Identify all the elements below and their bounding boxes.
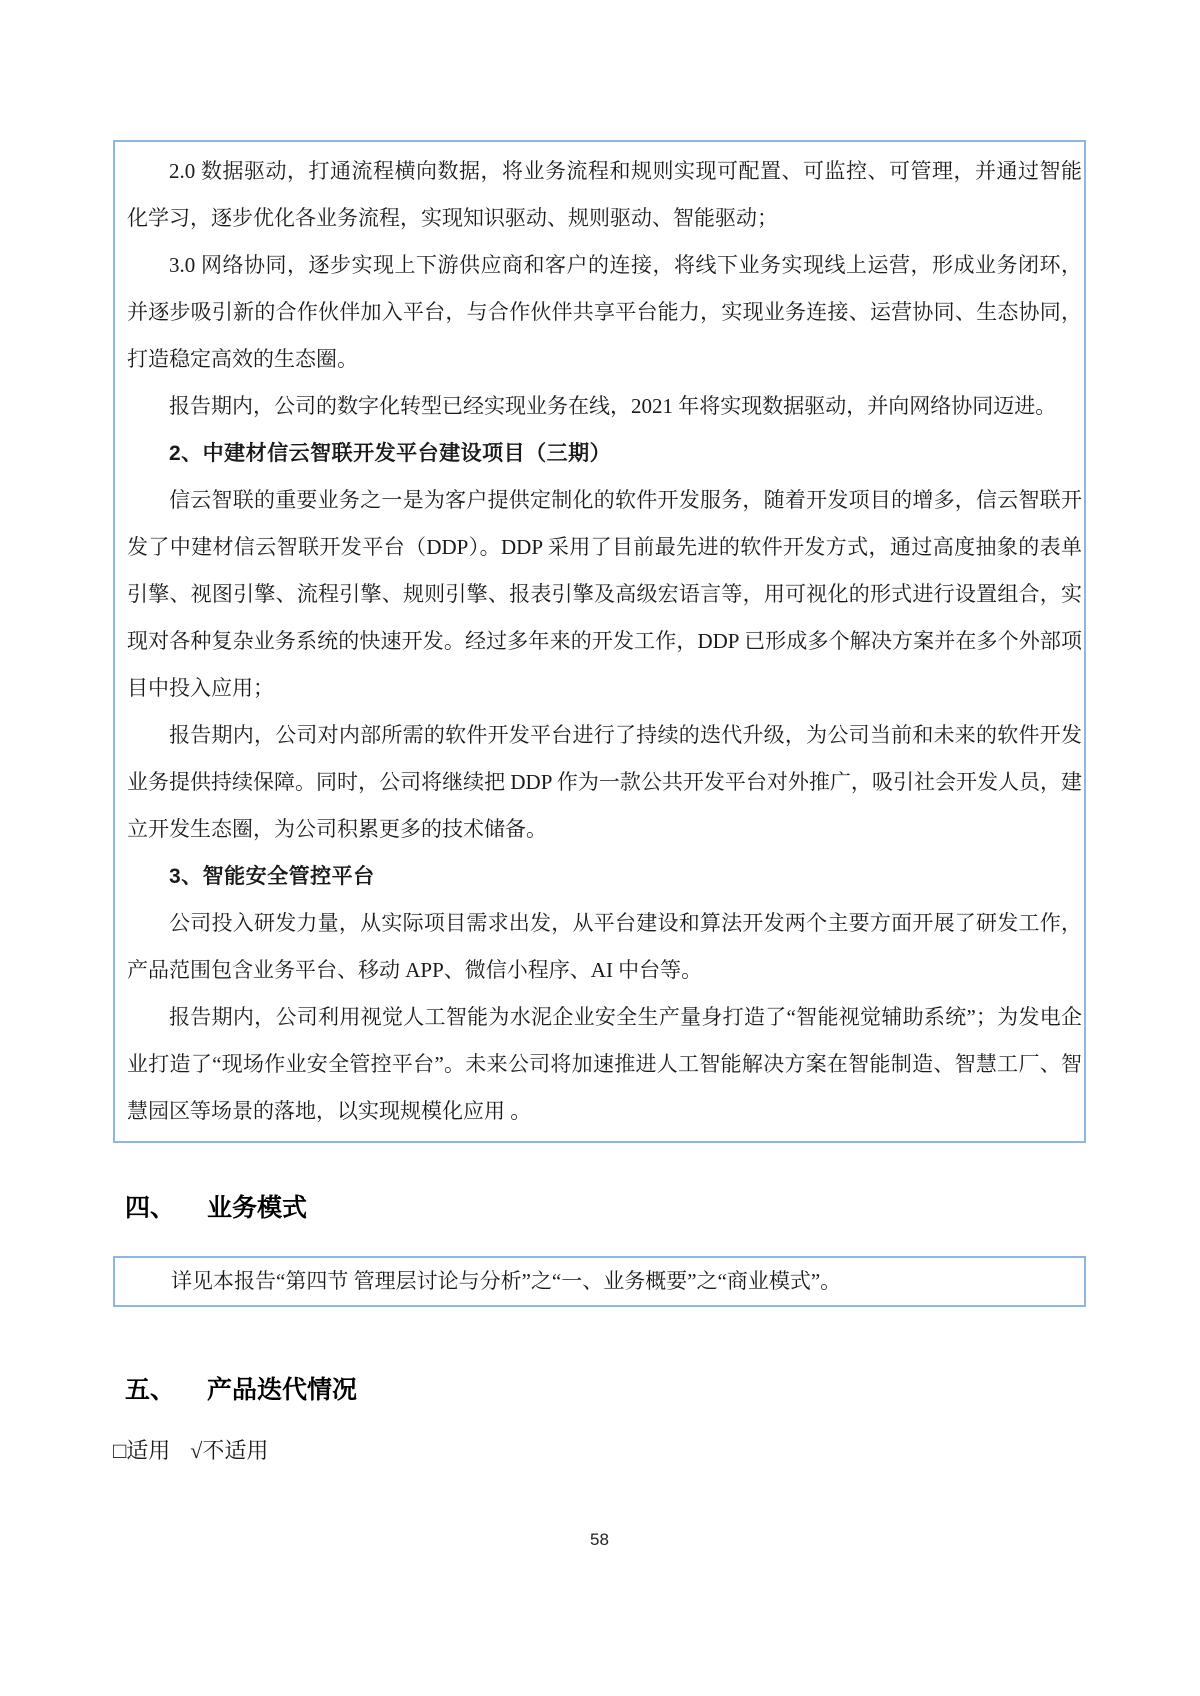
paragraph: 2.0 数据驱动，打通流程横向数据，将业务流程和规则实现可配置、可监控、可管理，…	[127, 148, 1082, 242]
applicability-row: □适用√不适用	[113, 1436, 268, 1466]
business-model-note: 详见本报告“第四节 管理层讨论与分析”之“一、业务概要”之“商业模式”。	[127, 1266, 1082, 1297]
section-heading-product-iteration: 五、产品迭代情况	[125, 1370, 357, 1406]
business-model-note-box: 详见本报告“第四节 管理层讨论与分析”之“一、业务概要”之“商业模式”。	[113, 1256, 1086, 1307]
sub-heading: 2、中建材信云智联开发平台建设项目（三期）	[127, 430, 1082, 477]
disclosure-box: 2.0 数据驱动，打通流程横向数据，将业务流程和规则实现可配置、可监控、可管理，…	[113, 140, 1086, 1143]
paragraph: 报告期内，公司对内部所需的软件开发平台进行了持续的迭代升级，为公司当前和未来的软…	[127, 712, 1082, 853]
sub-heading: 3、智能安全管控平台	[127, 853, 1082, 900]
paragraph: 报告期内，公司利用视觉人工智能为水泥企业安全生产量身打造了“智能视觉辅助系统”；…	[127, 994, 1082, 1135]
not-applicable-option: √不适用	[190, 1438, 268, 1463]
report-page: 2.0 数据驱动，打通流程横向数据，将业务流程和规则实现可配置、可监控、可管理，…	[0, 0, 1200, 1696]
paragraph: 信云智联的重要业务之一是为客户提供定制化的软件开发服务，随着开发项目的增多，信云…	[127, 477, 1082, 712]
paragraph: 报告期内，公司的数字化转型已经实现业务在线，2021 年将实现数据驱动，并向网络…	[127, 383, 1082, 430]
page-number: 58	[113, 1530, 1086, 1550]
section-number: 四、	[125, 1194, 175, 1222]
paragraph: 公司投入研发力量，从实际项目需求出发，从平台建设和算法开发两个主要方面开展了研发…	[127, 900, 1082, 994]
applicable-option: □适用	[113, 1438, 170, 1463]
section-heading-business-model: 四、业务模式	[125, 1188, 307, 1224]
section-title: 产品迭代情况	[207, 1376, 357, 1404]
paragraph: 3.0 网络协同，逐步实现上下游供应商和客户的连接，将线下业务实现线上运营，形成…	[127, 242, 1082, 383]
section-number: 五、	[125, 1376, 175, 1404]
section-title: 业务模式	[207, 1194, 307, 1222]
